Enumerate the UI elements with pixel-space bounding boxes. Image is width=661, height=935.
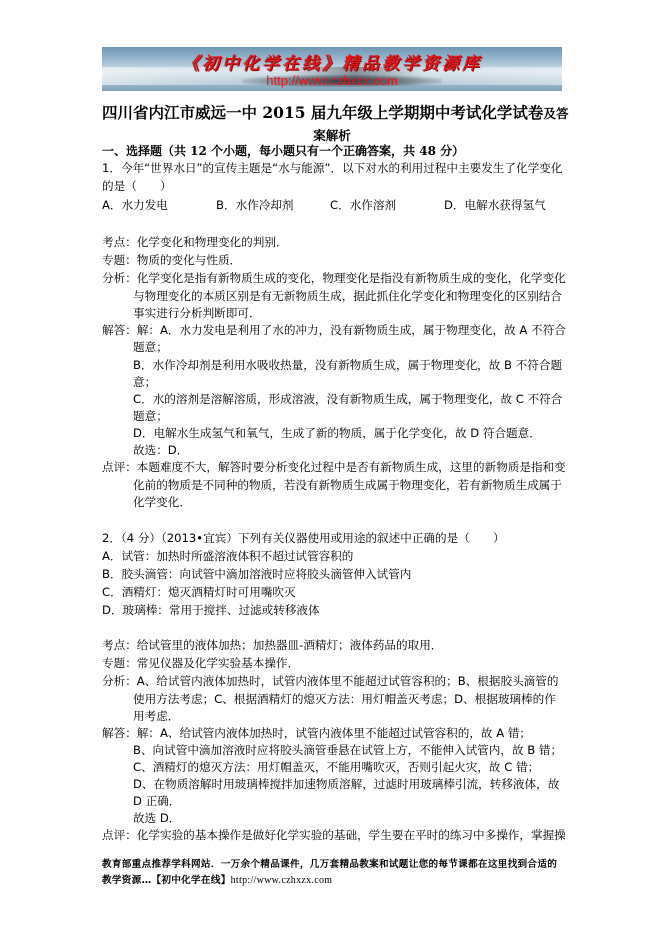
q2-zhuanti: 专题：常见仪器及化学实验基本操作． [102, 655, 299, 671]
q1-jieda-line2: 题意； [133, 339, 168, 355]
q1-stem-line2: 的是（ ） [102, 178, 172, 194]
q1-zhuanti: 专题：物质的变化与性质． [102, 252, 241, 268]
section-heading: 一、选择题（共 12 个小题，每小题只有一个正确答案，共 48 分） [102, 143, 464, 159]
banner-title: 《初中化学在线》精品教学资源库 [102, 49, 562, 74]
q1-dianping-line2: 化前的物质是不同种的物质，若没有新物质生成属于物理变化，若有新物质生成属于 [133, 477, 562, 493]
q2-jieda-line2: B、向试管中滴加溶液时应将胶头滴管垂悬在试管上方，不能伸入试管内，故 B 错； [133, 742, 562, 758]
document-title-main: 四川省内江市威远一中 2015 届九年级上学期期中考试化学试卷 [102, 103, 543, 122]
q1-fenxi-line3: 事实进行分析判断即可． [133, 305, 261, 321]
q1-fenxi-line1: 分析：化学变化是指有新物质生成的变化，物理变化是指没有新物质生成的变化，化学变化 [102, 270, 566, 286]
q2-option-c: C．酒精灯：熄灭酒精灯时可用嘴吹灭 [102, 584, 296, 600]
q2-jieda-answer: 故选 D． [133, 810, 180, 826]
q2-dianping-line1: 点评：化学实验的基本操作是做好化学实验的基础，学生要在平时的练习中多操作，掌握操 [102, 827, 566, 843]
q1-jieda-line5: C．水的溶剂是溶解溶质，形成溶液，没有新物质生成，属于物理变化，故 C 不符合 [133, 391, 562, 407]
q1-kaodian: 考点：化学变化和物理变化的判别． [102, 234, 288, 250]
footer-text: 教学资源…【初中化学在线】 [102, 875, 231, 886]
q2-jieda-line1: 解答：解：A、给试管内液体加热时，试管内液体里不能超过试管容积的，故 A 错； [102, 725, 531, 741]
q1-stem-line1: 1．今年“世界水日”的宣传主题是“水与能源”．以下对水的利用过程中主要发生了化学… [102, 160, 562, 176]
footer-url-link[interactable]: http://www.czhxzx.com [231, 875, 333, 886]
document-title: 四川省内江市威远一中 2015 届九年级上学期期中考试化学试卷及答 [102, 101, 562, 123]
site-banner: 《初中化学在线》精品教学资源库 http://www.czhxzx.com [102, 47, 562, 91]
q1-option-a: A．水力发电 [102, 197, 168, 213]
q1-fenxi-line2: 与物理变化的本质区别是有无新物质生成，据此抓住化学变化和物理变化的区别结合 [133, 288, 562, 304]
q2-fenxi-line3: 用考虑． [133, 708, 179, 724]
q2-jieda-line4: D、在物质溶解时用玻璃棒搅拌加速物质溶解，过滤时用玻璃棒引流，转移液体，故 [133, 776, 559, 792]
q2-jieda-line5: D 正确． [133, 793, 180, 809]
q1-dianping-line1: 点评：本题难度不大，解答时要分析变化过程中是否有新物质生成，这里的新物质是指和变 [102, 459, 566, 475]
q2-option-a: A．试管：加热时所盛溶液体积不超过试管容积的 [102, 548, 353, 564]
q2-kaodian: 考点：给试管里的液体加热；加热器皿-酒精灯；液体药品的取用． [102, 637, 442, 653]
q2-stem: 2．（4 分）（2013•宜宾）下列有关仪器使用或用途的叙述中正确的是（ ） [102, 530, 505, 546]
q2-fenxi-line2: 使用方法考虑；C、根据酒精灯的熄灭方法：用灯帽盖灭考虑；D、根据玻璃棒的作 [133, 691, 556, 707]
banner-url[interactable]: http://www.czhxzx.com [102, 73, 562, 88]
document-title-tail: 及答 [543, 106, 568, 121]
q1-jieda-line6: 题意； [133, 408, 168, 424]
q1-jieda-line3: B．水作冷却剂是利用水吸收热量，没有新物质生成，属于物理变化，故 B 不符合题 [133, 357, 562, 373]
q2-jieda-line3: C、酒精灯的熄灭方法：用灯帽盖灭，不能用嘴吹灭，否则引起火灾，故 C 错； [133, 759, 539, 775]
q1-jieda-line4: 意； [133, 374, 156, 390]
q1-option-d: D．电解水获得氢气 [444, 197, 546, 213]
q1-option-c: C．水作溶剂 [330, 197, 396, 213]
footer-line2: 教学资源…【初中化学在线】http://www.czhxzx.com [102, 872, 332, 886]
q2-option-d: D．玻璃棒：常用于搅拌、过滤或转移液体 [102, 602, 320, 618]
document-title-line2: 案解析 [102, 126, 562, 144]
q2-option-b: B．胶头滴管：向试管中滴加溶液时应将胶头滴管伸入试管内 [102, 566, 411, 582]
q2-fenxi-line1: 分析：A、给试管内液体加热时，试管内液体里不能超过试管容积的；B、根据胶头滴管的 [102, 673, 558, 689]
q1-jieda-answer: 故选：D． [133, 442, 188, 458]
q1-jieda-line1: 解答：解：A．水力发电是利用了水的冲力，没有新物质生成，属于物理变化，故 A 不… [102, 322, 566, 338]
footer-line1: 教育部重点推荐学科网站．一万余个精品课件，几万套精品教案和试题让您的每节课都在这… [102, 856, 557, 870]
q1-jieda-line7: D．电解水生成氢气和氧气，生成了新的物质，属于化学变化，故 D 符合题意． [133, 425, 541, 441]
q1-option-b: B．水作冷却剂 [216, 197, 294, 213]
q1-dianping-line3: 化学变化． [133, 494, 191, 510]
